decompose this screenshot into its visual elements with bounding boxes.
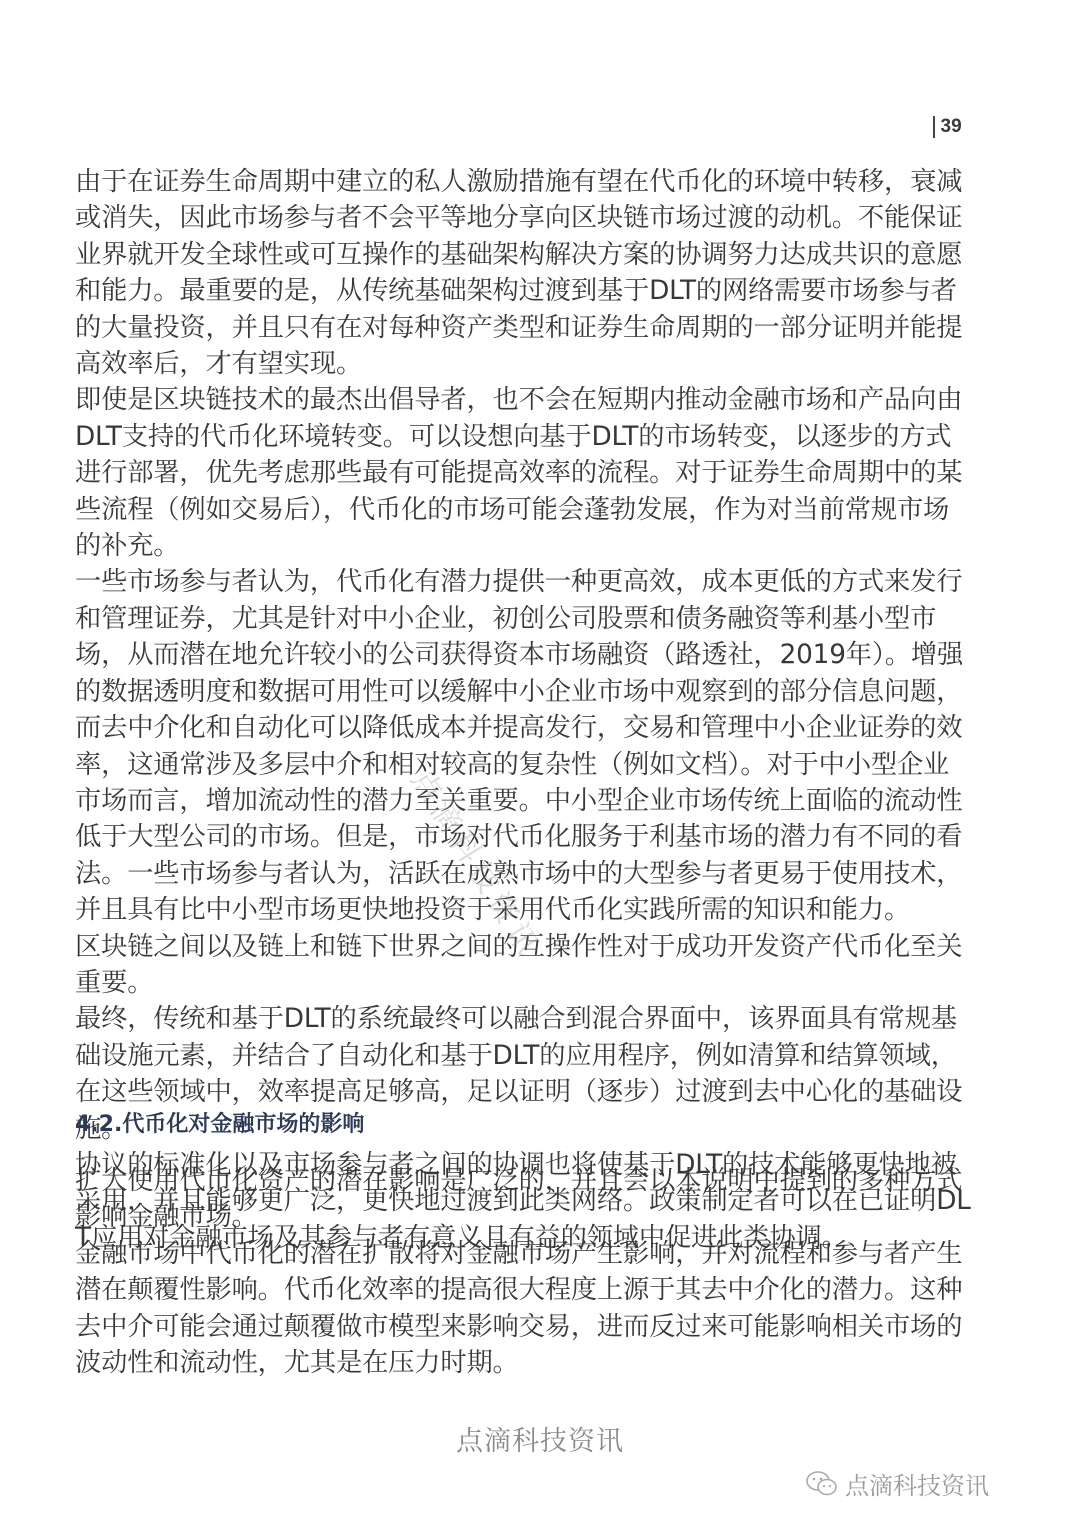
paragraph-disintermediation: 金融市场中代币化的潜在扩散将对金融市场产生影响，并对流程和参与者产生潜在颠覆性影… (75, 1236, 975, 1382)
paragraph-broad-impact: 扩大使用代币化资产的潜在影响是广泛的，并且会以本说明中提到的多种方式影响金融市场… (75, 1163, 975, 1236)
page-number-divider (933, 116, 935, 138)
section-body-text: 扩大使用代币化资产的潜在影响是广泛的，并且会以本说明中提到的多种方式影响金融市场… (75, 1163, 975, 1381)
section-heading: 4.2.代币化对金融市场的影响 (75, 1107, 364, 1138)
paragraph-gradual-transition: 即使是区块链技术的最杰出倡导者，也不会在短期内推动金融市场和产品向由DLT支持的… (75, 382, 975, 564)
wechat-account-badge: 点滴科技资讯 (805, 1466, 989, 1501)
footer-watermark: 点滴科技资讯 (0, 1419, 1080, 1458)
body-text: 由于在证券生命周期中建立的私人激励措施有望在代币化的环境中转移，衰减或消失，因此… (75, 164, 975, 1256)
paragraph-sme-markets: 一些市场参与者认为，代币化有潜力提供一种更高效，成本更低的方式来发行和管理证券，… (75, 564, 975, 928)
wechat-account-name: 点滴科技资讯 (845, 1466, 989, 1501)
paragraph-incentives: 由于在证券生命周期中建立的私人激励措施有望在代币化的环境中转移，衰减或消失，因此… (75, 164, 975, 382)
wechat-icon (805, 1469, 839, 1499)
page-number: 39 (933, 116, 962, 138)
paragraph-interoperability: 区块链之间以及链上和链下世界之间的互操作性对于成功开发资产代币化至关重要。 (75, 929, 975, 1002)
page-number-value: 39 (941, 116, 962, 138)
